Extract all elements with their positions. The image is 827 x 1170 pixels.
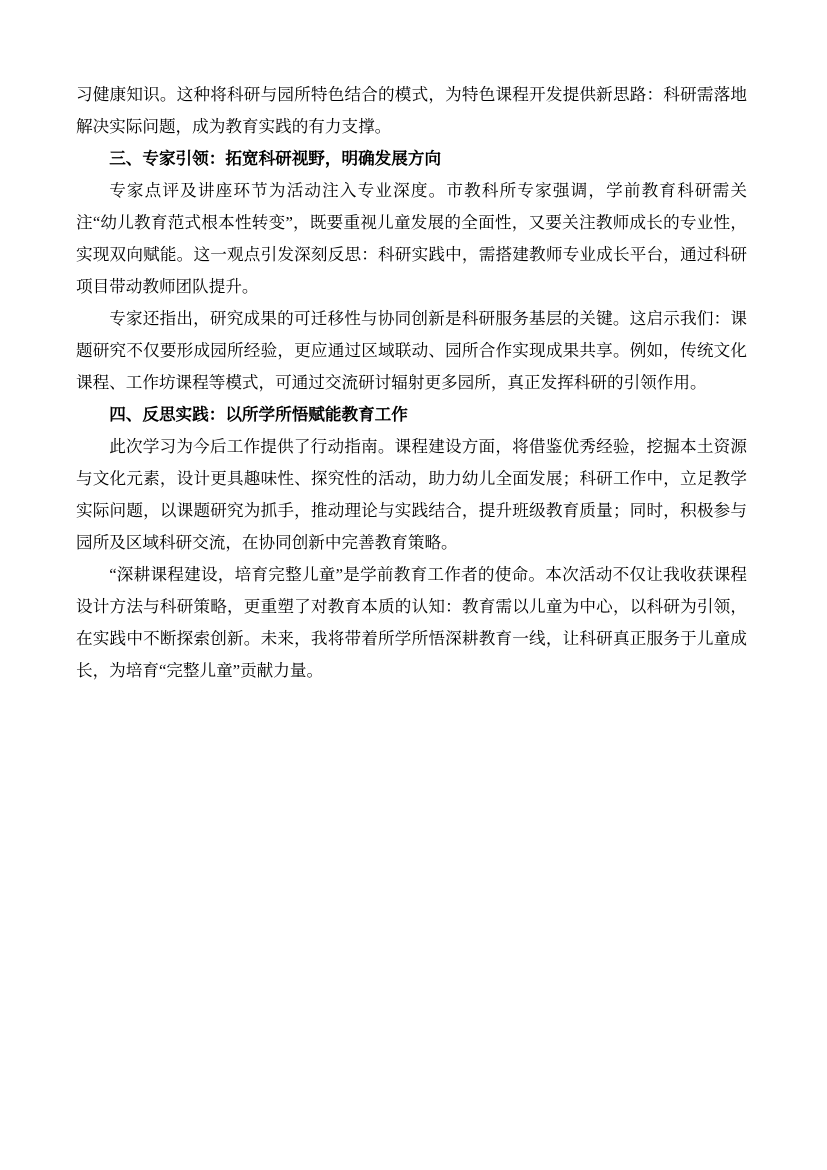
paragraph-continued: 习健康知识。这种将科研与园所特色结合的模式，为特色课程开发提供新思路：科研需落地… [76, 79, 747, 143]
section-heading-4: 四、反思实践：以所学所悟赋能教育工作 [76, 399, 747, 431]
paragraph: 专家点评及讲座环节为活动注入专业深度。市教科所专家强调，学前教育科研需关注“幼儿… [76, 175, 747, 303]
document-page: 习健康知识。这种将科研与园所特色结合的模式，为特色课程开发提供新思路：科研需落地… [0, 0, 827, 1170]
paragraph: “深耕课程建设，培育完整儿童”是学前教育工作者的使命。本次活动不仅让我收获课程设… [76, 559, 747, 687]
paragraph: 此次学习为今后工作提供了行动指南。课程建设方面，将借鉴优秀经验，挖掘本土资源与文… [76, 431, 747, 559]
section-heading-3: 三、专家引领：拓宽科研视野，明确发展方向 [76, 143, 747, 175]
paragraph: 专家还指出，研究成果的可迁移性与协同创新是科研服务基层的关键。这启示我们：课题研… [76, 303, 747, 399]
